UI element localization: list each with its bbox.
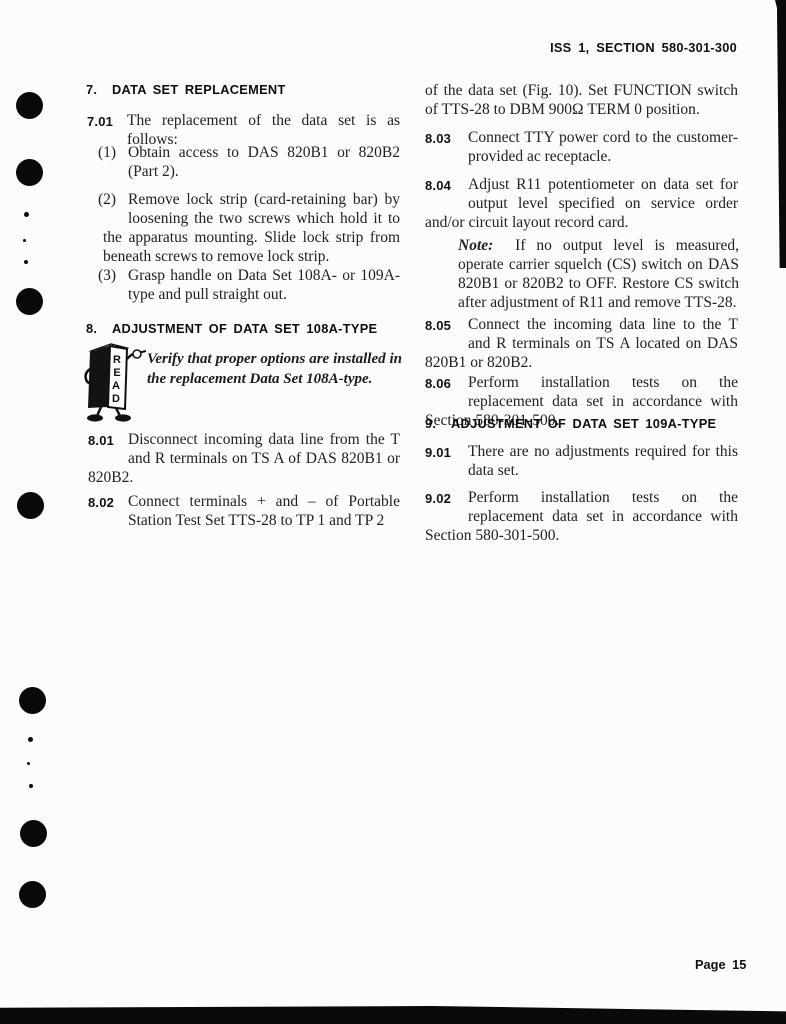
list-item-2: (2) Remove lock strip (card-retaining ba…	[103, 190, 400, 266]
paragraph-number: 9.01	[425, 443, 451, 462]
paragraph-9-01: 9.01 There are no adjustments required f…	[425, 442, 738, 480]
paragraph-number: 8.01	[88, 431, 114, 450]
speck-mark	[29, 784, 33, 788]
punch-hole-mark	[16, 159, 43, 186]
list-item-number: (2)	[98, 190, 116, 209]
paragraph-text: Connect TTY power cord to the customer-p…	[468, 129, 738, 165]
mascot-letter: D	[112, 393, 120, 405]
paragraph-number: 8.02	[88, 493, 114, 512]
paragraph-number: 7.01	[87, 112, 113, 131]
mascot-letter: R	[113, 354, 121, 366]
paragraph-text: Connect terminals + and – of Portable St…	[128, 493, 400, 529]
document-page: ISS 1, SECTION 580-301-300 7.DATA SET RE…	[0, 0, 786, 1024]
paragraph-8-05: 8.05 Connect the incoming data line to t…	[425, 315, 738, 372]
list-item-text: Obtain access to DAS 820B1 or 820B2 (Par…	[128, 144, 400, 180]
list-item-1: (1) Obtain access to DAS 820B1 or 820B2 …	[103, 143, 400, 181]
paragraph-8-04: 8.04 Adjust R11 potentiometer on data se…	[425, 175, 738, 232]
paragraph-8-03: 8.03 Connect TTY power cord to the custo…	[425, 128, 738, 166]
section-7-title: DATA SET REPLACEMENT	[112, 82, 286, 97]
speck-mark	[24, 260, 28, 264]
punch-hole-mark	[19, 881, 46, 908]
punch-hole-mark	[19, 687, 46, 714]
paragraph-8-02: 8.02 Connect terminals + and – of Portab…	[88, 492, 400, 530]
mascot-letter: E	[113, 367, 120, 379]
paragraph-text: Perform installation tests on the replac…	[425, 489, 738, 544]
speck-mark	[28, 737, 33, 742]
document-header: ISS 1, SECTION 580-301-300	[550, 40, 737, 55]
punch-hole-mark	[17, 492, 44, 519]
punch-hole-mark	[16, 92, 43, 119]
section-9-title: ADJUSTMENT OF DATA SET 109A-TYPE	[451, 416, 716, 431]
speck-mark	[23, 239, 26, 242]
list-item-number: (1)	[98, 143, 116, 162]
speck-mark	[27, 762, 30, 765]
punch-hole-mark	[20, 820, 47, 847]
section-8-title: ADJUSTMENT OF DATA SET 108A-TYPE	[112, 321, 377, 336]
paragraph-text: Connect the incoming data line to the T …	[425, 316, 738, 371]
scan-bottom-bar	[0, 1006, 786, 1024]
paragraph-9-02: 9.02 Perform installation tests on the r…	[425, 488, 738, 545]
paragraph-number: 9.02	[425, 489, 451, 508]
paragraph-number: 8.06	[425, 374, 451, 393]
section-9-heading: 9.ADJUSTMENT OF DATA SET 109A-TYPE	[425, 416, 716, 431]
paragraph-8-01: 8.01 Disconnect incoming data line from …	[88, 430, 400, 487]
read-advisory-text: Verify that proper options are installed…	[147, 351, 402, 387]
page-number: Page 15	[695, 957, 746, 972]
paragraph-text: There are no adjustments required for th…	[468, 443, 738, 479]
section-8-heading: 8.ADJUSTMENT OF DATA SET 108A-TYPE	[86, 321, 377, 336]
scan-edge-strip	[775, 0, 786, 268]
read-advisory-note: Verify that proper options are installed…	[147, 350, 402, 389]
paragraph-8-02-continuation: of the data set (Fig. 10). Set FUNCTION …	[425, 81, 738, 119]
punch-hole-mark	[16, 288, 43, 315]
paragraph-text: Disconnect incoming data line from the T…	[88, 431, 400, 486]
note-text: If no output level is measured, operate …	[458, 237, 739, 311]
speck-mark	[24, 212, 29, 217]
note-paragraph: Note: If no output level is measured, op…	[458, 236, 739, 312]
paragraph-number: 8.04	[425, 176, 451, 195]
list-item-3: (3) Grasp handle on Data Set 108A- or 10…	[103, 266, 400, 304]
section-7-number: 7.	[86, 82, 112, 97]
paragraph-text: of the data set (Fig. 10). Set FUNCTION …	[425, 82, 738, 118]
mascot-letter: A	[112, 380, 120, 392]
note-label: Note:	[458, 237, 493, 254]
list-item-text: Remove lock strip (card-retaining bar) b…	[103, 191, 400, 265]
paragraph-text: Adjust R11 potentiometer on data set for…	[425, 176, 738, 231]
section-9-number: 9.	[425, 416, 451, 431]
paragraph-number: 8.05	[425, 316, 451, 335]
list-item-number: (3)	[98, 266, 116, 285]
paragraph-number: 8.03	[425, 129, 451, 148]
section-7-heading: 7.DATA SET REPLACEMENT	[86, 82, 286, 97]
section-8-number: 8.	[86, 321, 112, 336]
read-book-mascot-icon: R E A D	[82, 337, 146, 423]
list-item-text: Grasp handle on Data Set 108A- or 109A-t…	[128, 267, 400, 303]
